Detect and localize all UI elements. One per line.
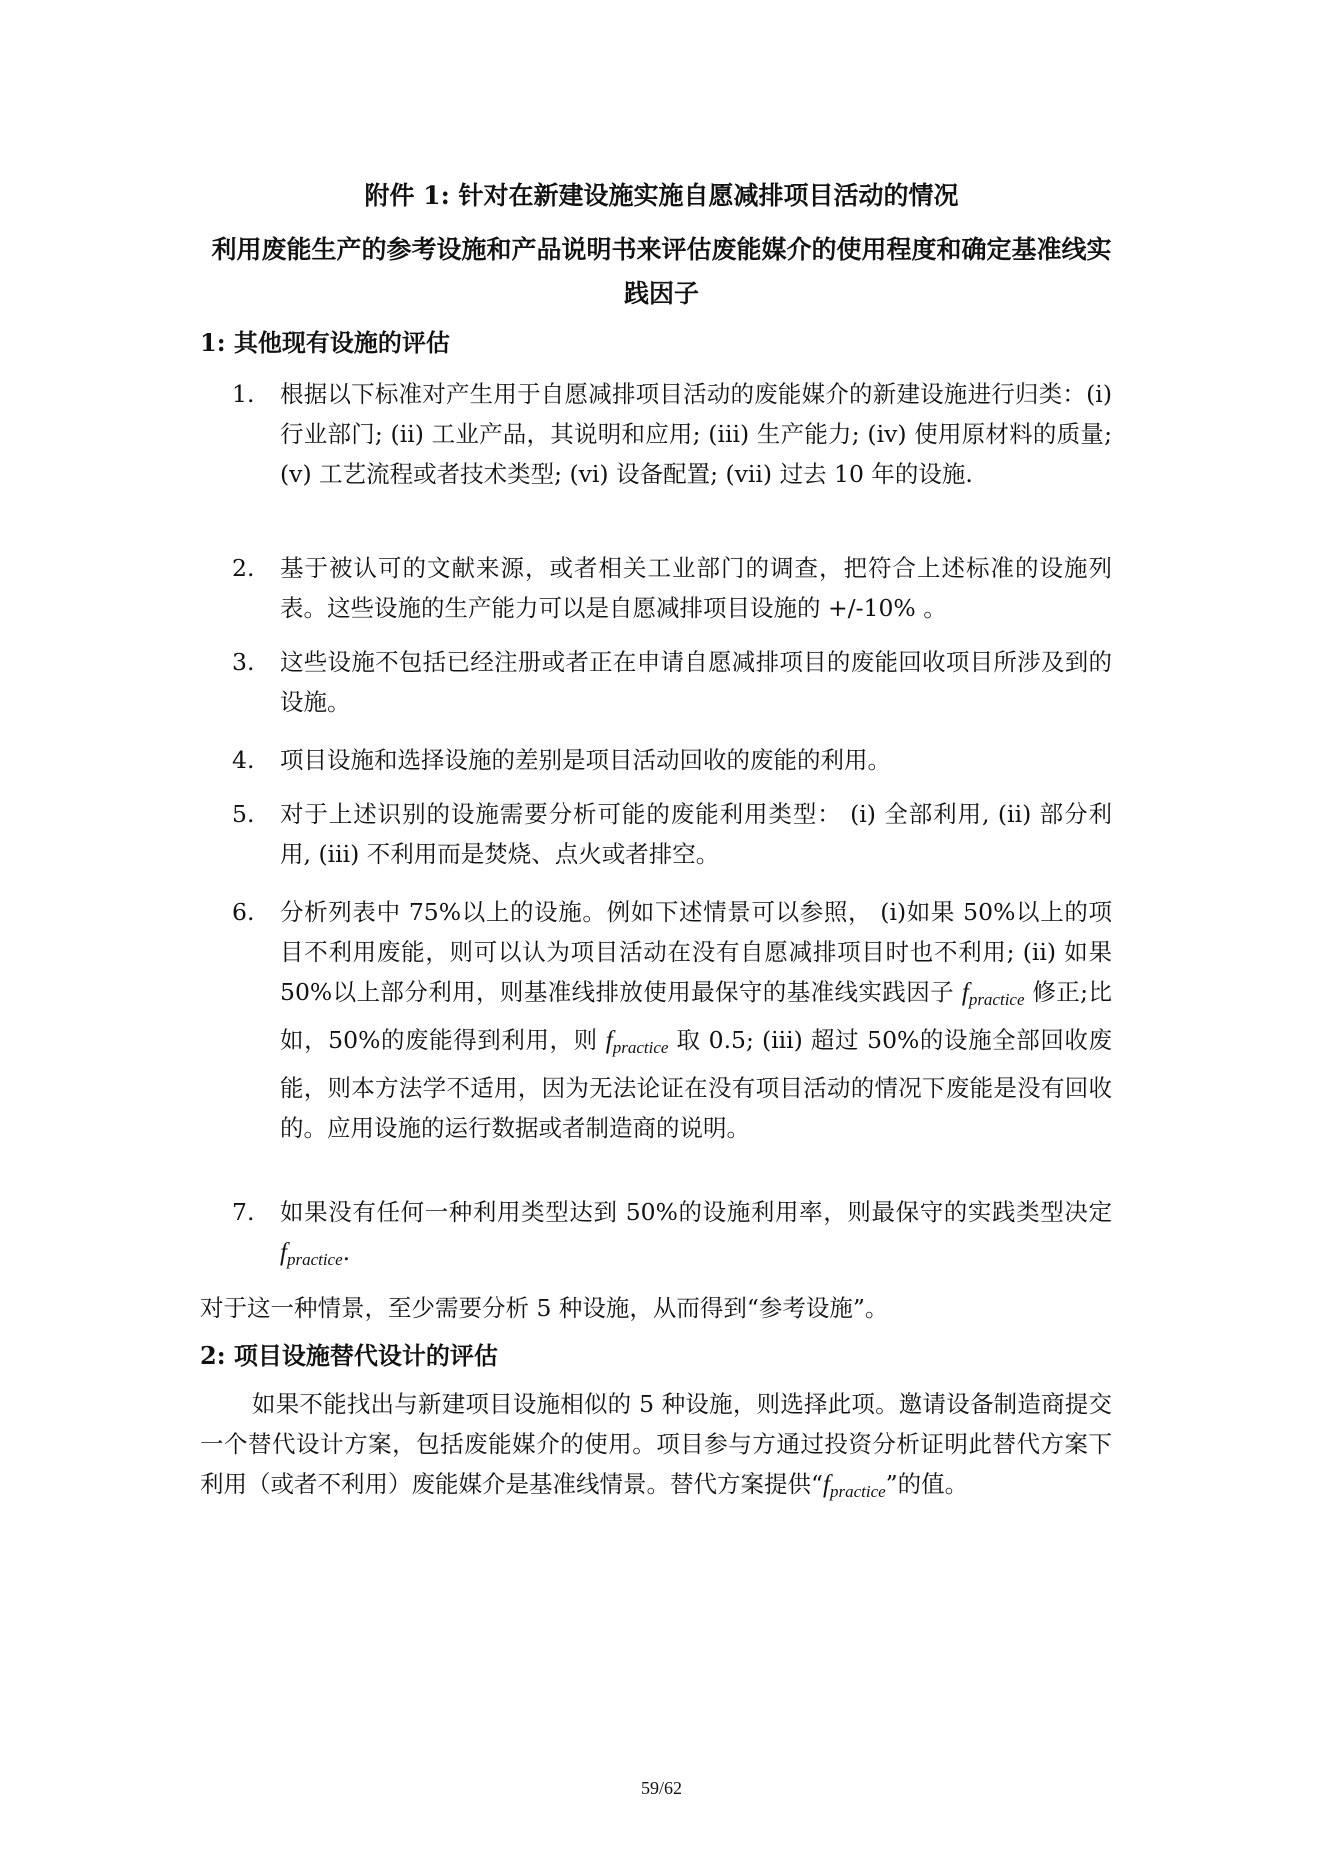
f-practice-symbol: fpractice <box>823 1471 886 1498</box>
f-practice-symbol: fpractice <box>606 1027 669 1054</box>
list-item-3: 3. 这些设施不包括已经注册或者正在申请自愿减排项目的废能回收项目所涉及到的设施… <box>232 642 1112 722</box>
list-text: 项目设施和选择设施的差别是项目活动回收的废能的利用。 <box>280 740 1112 780</box>
list-text: 对于上述识别的设施需要分析可能的废能利用类型： (i) 全部利用, (ii) 部… <box>280 794 1112 874</box>
list-number: 6. <box>232 892 268 932</box>
list-number: 2. <box>232 548 268 588</box>
document-page: 附件 1: 针对在新建设施实施自愿减排项目活动的情况 利用废能生产的参考设施和产… <box>0 0 1323 1871</box>
list-number: 4. <box>232 740 268 780</box>
list-text: 分析列表中 75%以上的设施。例如下述情景可以参照， (i)如果 50%以上的项… <box>280 892 1112 1148</box>
section-1-closing: 对于这一种情景，至少需要分析 5 种设施，从而得到“参考设施”。 <box>200 1288 1112 1328</box>
list-number: 5. <box>232 794 268 834</box>
f-practice-symbol: fpractice <box>280 1239 343 1266</box>
section-1-heading: 1: 其他现有设施的评估 <box>200 326 450 360</box>
list-text: 这些设施不包括已经注册或者正在申请自愿减排项目的废能回收项目所涉及到的设施。 <box>280 642 1112 722</box>
list-item-7: 7. 如果没有任何一种利用类型达到 50%的设施利用率，则最保守的实践类型决定 … <box>232 1192 1112 1280</box>
list-text: 根据以下标准对产生用于自愿减排项目活动的废能媒介的新建设施进行归类：(i) 行业… <box>280 374 1112 494</box>
section-2-heading: 2: 项目设施替代设计的评估 <box>200 1339 498 1373</box>
list-number: 7. <box>232 1192 268 1232</box>
list-number: 1. <box>232 374 268 414</box>
f-practice-symbol: fpractice <box>962 979 1025 1006</box>
page-number: 59/62 <box>0 1778 1323 1799</box>
list-item-5: 5. 对于上述识别的设施需要分析可能的废能利用类型： (i) 全部利用, (ii… <box>232 794 1112 874</box>
list-number: 3. <box>232 642 268 682</box>
list-item-2: 2. 基于被认可的文献来源，或者相关工业部门的调查，把符合上述标准的设施列表。这… <box>232 548 1112 628</box>
list-text: 基于被认可的文献来源，或者相关工业部门的调查，把符合上述标准的设施列表。这些设施… <box>280 548 1112 628</box>
annex-title: 附件 1: 针对在新建设施实施自愿减排项目活动的情况 <box>0 178 1323 214</box>
list-item-4: 4. 项目设施和选择设施的差别是项目活动回收的废能的利用。 <box>232 740 1112 780</box>
annex-subtitle: 利用废能生产的参考设施和产品说明书来评估废能媒介的使用程度和确定基准线实践因子 <box>200 228 1123 316</box>
list-item-6: 6. 分析列表中 75%以上的设施。例如下述情景可以参照， (i)如果 50%以… <box>232 892 1112 1148</box>
list-item-1: 1. 根据以下标准对产生用于自愿减排项目活动的废能媒介的新建设施进行归类：(i)… <box>232 374 1112 494</box>
section-2-paragraph: 如果不能找出与新建项目设施相似的 5 种设施，则选择此项。邀请设备制造商提交一个… <box>200 1384 1112 1512</box>
list-text: 如果没有任何一种利用类型达到 50%的设施利用率，则最保守的实践类型决定 fpr… <box>280 1192 1112 1280</box>
